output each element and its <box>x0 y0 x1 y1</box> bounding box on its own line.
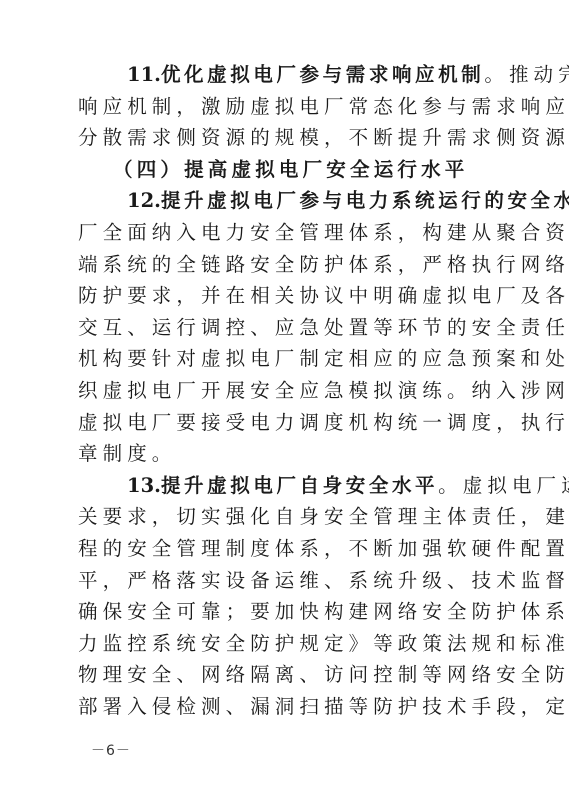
body-line: 虚拟电厂要接受电力调度机构统一调度，执行涉网安全管理规 <box>78 407 497 439</box>
page-number: －6－ <box>91 740 131 760</box>
document-page: 11.优化虚拟电厂参与需求响应机制。推动完善电力需求侧 响应机制，激励虚拟电厂常… <box>0 0 569 800</box>
item-number: 11. <box>127 63 161 86</box>
body-line: 物理安全、网络隔离、访问控制等网络安全防护要求，针对性 <box>78 659 497 691</box>
body-line: 厂全面纳入电力安全管理体系，构建从聚合资源终端到电网云 <box>78 217 497 249</box>
item-title: 提升虚拟电厂参与电力系统运行的安全水平 <box>161 189 569 212</box>
item-number: 12. <box>127 189 161 212</box>
item-title: 优化虚拟电厂参与需求响应机制 <box>161 63 484 86</box>
paragraph-13-first-line: 13.提升虚拟电厂自身安全水平。虚拟电厂运营商要按照相 <box>78 470 497 502</box>
paragraph-11-first-line: 11.优化虚拟电厂参与需求响应机制。推动完善电力需求侧 <box>78 59 497 91</box>
item-number: 13. <box>127 474 161 497</box>
paragraph-12-first-line: 12.提升虚拟电厂参与电力系统运行的安全水平。将虚拟电 <box>78 185 497 217</box>
body-line: 关要求，切实强化自身安全管理主体责任，建立健全覆盖全流 <box>78 501 497 533</box>
section-heading: （四）提高虚拟电厂安全运行水平 <box>78 154 497 186</box>
body-line: 平，严格落实设备运维、系统升级、技术监督等常态化要求， <box>78 565 497 597</box>
body-line: 章制度。 <box>78 438 497 470</box>
body-text: 。虚拟电厂运营商要按照相 <box>438 474 569 497</box>
body-line: 确保安全可靠；要加快构建网络安全防护体系，严格遵守《电 <box>78 596 497 628</box>
document-body: 11.优化虚拟电厂参与需求响应机制。推动完善电力需求侧 响应机制，激励虚拟电厂常… <box>78 59 497 722</box>
body-line: 机构要针对虚拟电厂制定相应的应急预案和处置流程，定期组 <box>78 343 497 375</box>
body-line: 响应机制，激励虚拟电厂常态化参与需求响应，逐步扩大聚合 <box>78 91 497 123</box>
body-line: 部署入侵检测、漏洞扫描等防护技术手段，定期开展网络安全 <box>78 691 497 723</box>
body-line: 力监控系统安全防护规定》等政策法规和标准规范，全面落实 <box>78 628 497 660</box>
body-line: 织虚拟电厂开展安全应急模拟演练。纳入涉网安全管理范围的 <box>78 375 497 407</box>
item-title: 提升虚拟电厂自身安全水平 <box>161 474 438 497</box>
body-line: 程的安全管理制度体系，不断加强软硬件配置和安全监测水 <box>78 533 497 565</box>
body-line: 交互、运行调控、应急处置等环节的安全责任边界。电力调度 <box>78 312 497 344</box>
body-text: 。推动完善电力需求侧 <box>484 63 569 86</box>
body-line: 分散需求侧资源的规模，不断提升需求侧资源响应水平。 <box>78 122 497 154</box>
body-line: 端系统的全链路安全防护体系，严格执行网络安全和数据安全 <box>78 249 497 281</box>
body-line: 防护要求，并在相关协议中明确虚拟电厂及各分散资源在数据 <box>78 280 497 312</box>
